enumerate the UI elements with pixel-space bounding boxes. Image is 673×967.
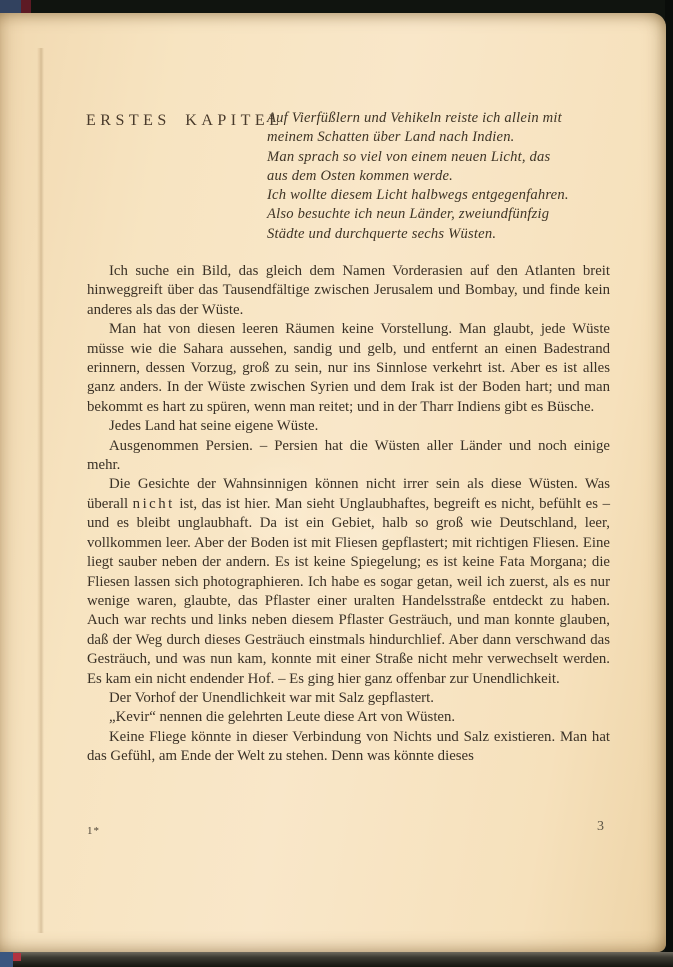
- text-run: Der Vorhof der Unendlichkeit war mit Sal…: [109, 690, 434, 706]
- paragraph: Man hat von diesen leeren Räumen keine V…: [87, 320, 610, 417]
- paragraph: Der Vorhof der Unendlichkeit war mit Sal…: [87, 689, 610, 708]
- epigraph-line: Man sprach so viel von einem neuen Licht…: [267, 148, 612, 167]
- binding-corner-bottom-left-navy: [0, 951, 13, 967]
- binding-corner-bottom-left-red: [13, 953, 21, 961]
- epigraph-line: aus dem Osten kommen werde.: [267, 167, 612, 186]
- binding-corner-top-left-red: [21, 0, 31, 13]
- text-run: Jedes Land hat seine eigene Wüste.: [109, 418, 318, 434]
- paragraph: Ausgenommen Persien. – Persien hat die W…: [87, 437, 610, 476]
- text-run: Man hat von diesen leeren Räumen keine V…: [87, 321, 610, 415]
- epigraph-line: Städte und durchquerte sechs Wüsten.: [267, 225, 612, 244]
- scan-edge-right: [665, 0, 673, 967]
- epigraph-line: Also besuchte ich neun Länder, zweiundfü…: [267, 205, 612, 224]
- body-text: Ich suche ein Bild, das gleich dem Namen…: [87, 262, 610, 767]
- paragraph: „Kevir“ nennen die gelehrten Leute diese…: [87, 708, 610, 727]
- book-page: ERSTES KAPITEL Auf Vierfüßlern und Vehik…: [0, 13, 666, 952]
- paragraph: Ich suche ein Bild, das gleich dem Namen…: [87, 262, 610, 320]
- page-gutter-crease: [37, 48, 44, 933]
- paragraph: Keine Fliege könnte in dieser Verbindung…: [87, 728, 610, 767]
- text-run: „Kevir“ nennen die gelehrten Leute diese…: [109, 709, 455, 725]
- text-run: Ausgenommen Persien. – Persien hat die W…: [87, 438, 610, 473]
- text-run: ist, das ist hier. Man sieht Unglaubhaft…: [87, 496, 610, 687]
- epigraph-line: meinem Schatten über Land nach Indien.: [267, 128, 612, 147]
- emphasized-word: nicht: [133, 496, 175, 512]
- epigraph-line: Ich wollte diesem Licht halbwegs entgege…: [267, 186, 612, 205]
- binding-corner-top-left-navy: [0, 0, 21, 14]
- text-run: Ich suche ein Bild, das gleich dem Namen…: [87, 263, 610, 318]
- page-number: 3: [597, 819, 604, 835]
- signature-mark: 1*: [87, 825, 100, 837]
- chapter-heading: ERSTES KAPITEL: [86, 112, 283, 130]
- text-run: Keine Fliege könnte in dieser Verbindung…: [87, 729, 610, 764]
- scan-edge-bottom: [0, 952, 673, 967]
- epigraph-line: Auf Vierfüßlern und Vehikeln reiste ich …: [267, 109, 612, 128]
- paragraph: Die Gesichte der Wahnsinnigen können nic…: [87, 475, 610, 688]
- paragraph: Jedes Land hat seine eigene Wüste.: [87, 417, 610, 436]
- epigraph: Auf Vierfüßlern und Vehikeln reiste ich …: [267, 109, 612, 244]
